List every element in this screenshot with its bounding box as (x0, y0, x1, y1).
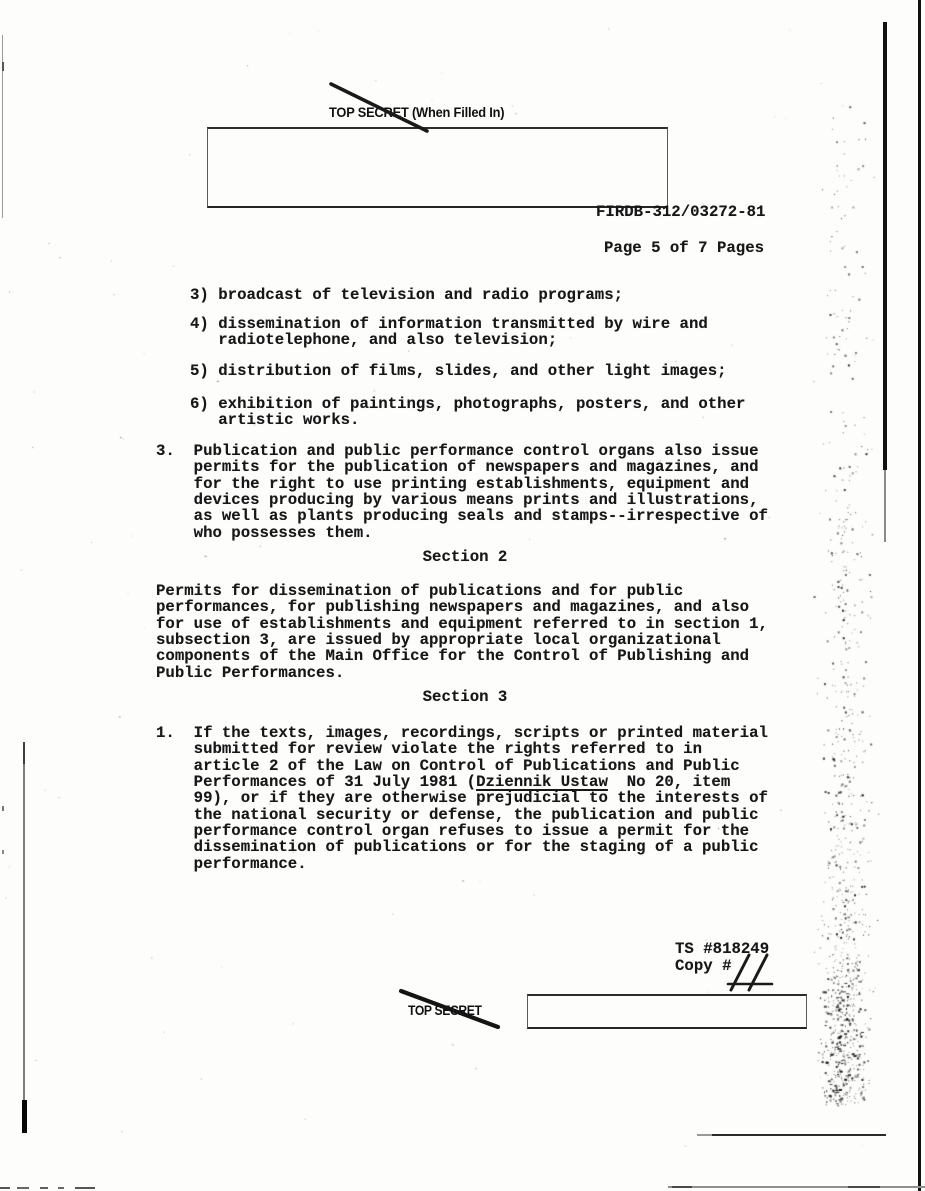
ts-number-label: TS #818249 (675, 941, 769, 957)
section-3-heading: Section 3 (156, 689, 774, 705)
scan-artifact-right-outer-line (918, 0, 921, 1191)
section-2-heading: Section 2 (156, 549, 774, 565)
routing-box-top (207, 127, 668, 208)
list-item: 5) distribution of films, slides, and ot… (190, 363, 727, 379)
copy-number-handwritten (728, 955, 772, 990)
classification-stamp-bottom: TOP SECRET (408, 1003, 482, 1018)
scan-artifact-left-tick (2, 806, 4, 811)
scanned-document-page: TOP SECRET (When Filled In) FIRDB-312/03… (0, 0, 925, 1191)
copy-number-label: Copy # (675, 958, 731, 974)
routing-box-bottom (527, 994, 807, 1029)
scan-artifact-rule (712, 1134, 886, 1136)
citation-dziennik-ustaw: Dziennik Ustaw (476, 773, 608, 791)
classification-banner: TOP SECRET (When Filled In) (329, 105, 504, 120)
scan-artifact-left-tick (2, 850, 4, 854)
scan-artifact-bottom-left-dash (58, 1187, 64, 1189)
scan-artifact-bottom-rule-dash (848, 1186, 880, 1188)
scan-artifact-bottom-left-dash (40, 1187, 48, 1189)
scan-artifact-rule-light (697, 1134, 712, 1136)
document-ref: FIRDB-312/03272-81 (596, 204, 765, 220)
scan-artifact-left-line (23, 742, 25, 1102)
scan-artifact-left-bar (22, 1100, 27, 1133)
page-number-label: Page 5 of 7 Pages (604, 240, 764, 256)
scan-artifact-left-line-dark (23, 742, 25, 764)
scan-artifact-bottom-rule-dash (672, 1186, 692, 1188)
list-item: 4) dissemination of information transmit… (190, 316, 708, 349)
paragraph-3: 3. Publication and public performance co… (156, 443, 768, 541)
scan-artifact-left-tick (2, 62, 4, 71)
section-2-paragraph: Permits for dissemination of publication… (156, 583, 768, 681)
list-item: 3) broadcast of television and radio pro… (190, 287, 623, 303)
scan-artifact-right-inner-line-fade (884, 470, 886, 542)
scan-artifact-bottom-left-dash (0, 1187, 10, 1189)
scan-artifact-right-inner-line (883, 22, 887, 470)
section-3-paragraph-1: 1. If the texts, images, recordings, scr… (156, 725, 768, 872)
scan-artifact-bottom-rule (668, 1186, 925, 1188)
scan-artifact-bottom-left-dash (75, 1187, 95, 1189)
scan-artifact-bottom-left-dash (17, 1187, 29, 1189)
list-item: 6) exhibition of paintings, photographs,… (190, 396, 745, 429)
